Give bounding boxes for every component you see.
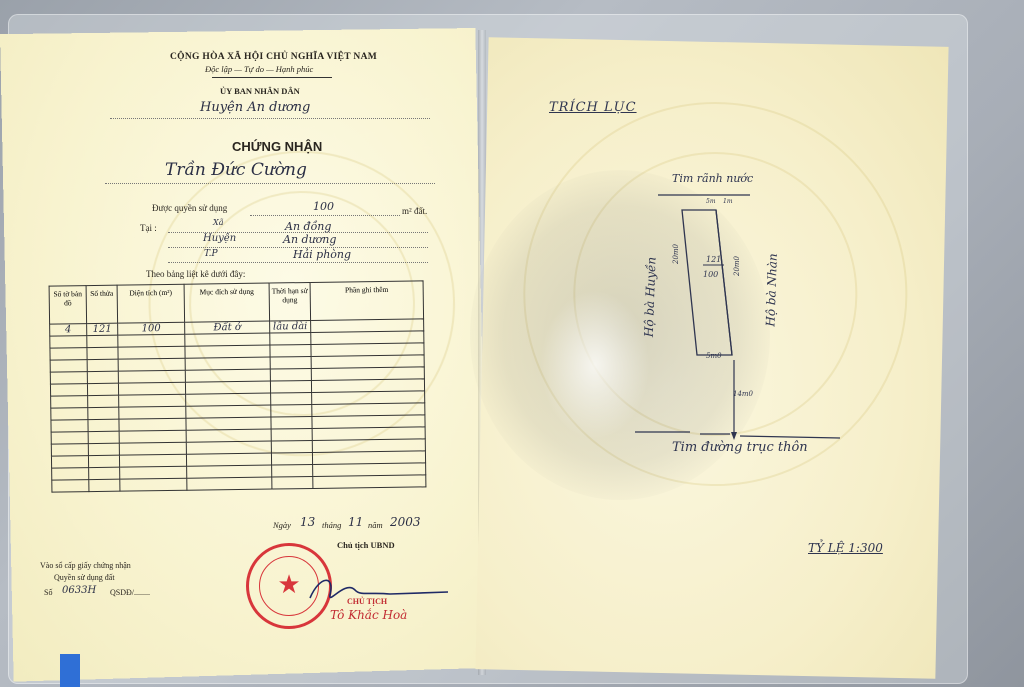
east-neighbor-label: Hộ bà Nhàn: [763, 253, 780, 327]
south-boundary-label: Tim đường trục thôn: [672, 440, 808, 455]
city-prefix: T.P: [204, 249, 218, 259]
dotted-line: [110, 118, 430, 119]
col-purpose: Mục đích sử dụng: [184, 283, 270, 322]
certificate-title: CHỨNG NHẬN: [232, 139, 322, 154]
table-intro: Theo bảng liệt kê dưới đây:: [146, 269, 245, 279]
city-handwritten: Hải phòng: [293, 248, 351, 261]
extract-title: TRÍCH LỤC: [549, 100, 637, 115]
dotted-line: [250, 215, 400, 216]
header-underline: [212, 77, 332, 78]
plot-left-length: 20m0: [672, 244, 680, 264]
dotted-line: [168, 247, 428, 248]
commune-prefix: Xã: [213, 218, 223, 227]
dotted-line: [168, 262, 428, 263]
col-map-sheet: Số tờ bản đồ: [49, 286, 87, 325]
date-prefix: Ngày: [273, 520, 291, 530]
national-motto: Độc lập — Tự do — Hạnh phúc: [205, 64, 313, 74]
col-parcel-no: Số thửa: [86, 285, 118, 323]
registry-suffix: QSDĐ/........: [110, 588, 150, 597]
location-district-handwritten: An dương: [283, 233, 336, 246]
dotted-line: [105, 183, 435, 184]
area-value: 100: [313, 200, 334, 213]
cell-area: 100: [118, 322, 185, 335]
plot-sketch: [600, 170, 860, 470]
location-label: Tại :: [140, 223, 157, 233]
stamp-chairman-name: Tô Khắc Hoà: [330, 608, 407, 622]
date-day: 13: [300, 515, 315, 529]
date-year-label: năm: [368, 520, 383, 530]
district-prefix: Huyện: [203, 233, 236, 244]
col-notes: Phần ghi thêm: [310, 281, 424, 321]
signer-title: Chủ tịch UBND: [337, 540, 395, 550]
west-neighbor-label: Hộ bà Huyền: [642, 257, 659, 338]
north-boundary-label: Tim rãnh nước: [672, 172, 753, 185]
plot-right-length: 20m0: [733, 256, 741, 276]
map-scale: TỶ LỆ 1:300: [808, 541, 883, 555]
registry-note-line1: Vào sổ cấp giấy chứng nhận: [40, 561, 131, 570]
parcel-area: 100: [703, 270, 718, 279]
registry-note-line2: Quyền sử dụng đất: [54, 573, 115, 582]
blue-object-edge: [60, 654, 80, 687]
area-unit: m² đất.: [402, 206, 427, 216]
land-parcel-table: Số tờ bản đồ Số thửa Diện tích (m²) Mục …: [49, 280, 427, 492]
national-header: CỘNG HÒA XÃ HỘI CHỦ NGHĨA VIỆT NAM: [170, 52, 377, 62]
col-term: Thời hạn sử dụng: [269, 282, 311, 321]
registry-number-prefix: Số: [44, 588, 52, 597]
plot-top-width: 5m: [706, 198, 716, 205]
authority-label: ỦY BAN NHÂN DÂN: [220, 86, 300, 96]
stamp-title: CHỦ TỊCH: [347, 597, 387, 606]
date-year: 2003: [390, 515, 421, 529]
registry-number: 0633H: [62, 585, 96, 596]
plot-bottom-width: 5m0: [706, 352, 722, 360]
parcel-number: 121: [706, 255, 721, 264]
dotted-line: [168, 232, 428, 233]
cell-map-sheet: 4: [50, 324, 87, 337]
use-right-label: Được quyền sử dụng: [152, 203, 227, 213]
cell-term: lâu dài: [270, 320, 311, 333]
date-month-label: tháng: [322, 520, 341, 530]
plot-top-width-right: 1m: [723, 198, 733, 205]
access-length: 14m0: [733, 390, 753, 398]
date-month: 11: [348, 515, 363, 529]
owner-name-handwritten: Trần Đức Cường: [165, 160, 307, 180]
col-area: Diện tích (m²): [117, 284, 185, 323]
district-handwritten: Huyện An dương: [200, 100, 310, 115]
cell-parcel-no: 121: [87, 323, 118, 335]
